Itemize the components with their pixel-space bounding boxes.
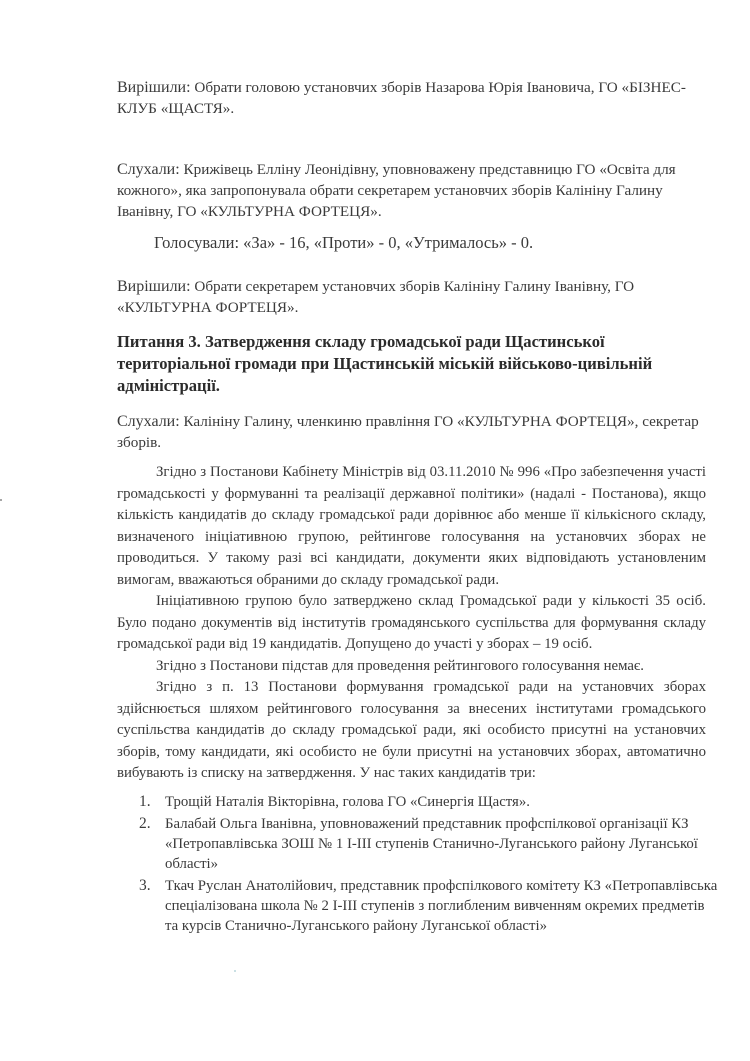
list-item: 3. Ткач Руслан Анатолійович, представник…: [139, 876, 719, 936]
decided-label: Вирішили:: [117, 79, 191, 96]
paragraph-clause-13: Згідно з п. 13 Постанови формування гром…: [117, 677, 706, 785]
heard-label: Слухали:: [117, 413, 180, 430]
paragraph-initiative-group: Ініціативною групою було затверджено скл…: [117, 591, 706, 656]
decided-text: Обрати головою установчих зборів Назаров…: [117, 79, 686, 117]
decided-label: Вирішили:: [117, 278, 191, 295]
paragraph-no-rating-vote: Згідно з Постанови підстав для проведенн…: [117, 656, 706, 678]
heard-label: Слухали:: [117, 161, 180, 178]
candidate-text: Трощій Наталія Вікторівна, голова ГО «Си…: [165, 794, 530, 810]
list-number: 1.: [139, 792, 151, 812]
heard-question-3: Слухали: Калініну Галину, членкиню правл…: [117, 411, 707, 453]
decided-text: Обрати секретарем установчих зборів Калі…: [117, 278, 634, 316]
list-number: 2.: [139, 814, 151, 834]
list-item: 2. Балабай Ольга Іванівна, уповноважений…: [139, 814, 719, 874]
question-3-heading: Питання 3. Затвердження складу громадськ…: [117, 331, 717, 397]
decision-secretary: Вирішили: Обрати секретарем установчих з…: [117, 276, 707, 318]
heard-secretary-nomination: Слухали: Крижівець Елліну Леонідівну, уп…: [117, 159, 707, 222]
heard-text: Крижівець Елліну Леонідівну, уповноважен…: [117, 161, 676, 220]
scan-speck: [234, 970, 236, 972]
body-paragraphs: Згідно з Постанови Кабінету Міністрів ві…: [117, 462, 706, 785]
list-number: 3.: [139, 876, 151, 896]
excluded-candidates-list: 1. Трощій Наталія Вікторівна, голова ГО …: [139, 792, 719, 936]
candidate-text: Ткач Руслан Анатолійович, представник пр…: [165, 878, 717, 934]
document-page: Вирішили: Обрати головою установчих збор…: [0, 0, 750, 1061]
candidate-text: Балабай Ольга Іванівна, уповноважений пр…: [165, 816, 698, 872]
list-item: 1. Трощій Наталія Вікторівна, голова ГО …: [139, 792, 719, 812]
vote-result: Голосували: «За» - 16, «Проти» - 0, «Утр…: [154, 232, 533, 254]
scan-speck: [0, 499, 2, 501]
decision-chair: Вирішили: Обрати головою установчих збор…: [117, 77, 707, 119]
heard-text: Калініну Галину, членкиню правління ГО «…: [117, 413, 699, 451]
paragraph-regulation: Згідно з Постанови Кабінету Міністрів ві…: [117, 462, 706, 591]
